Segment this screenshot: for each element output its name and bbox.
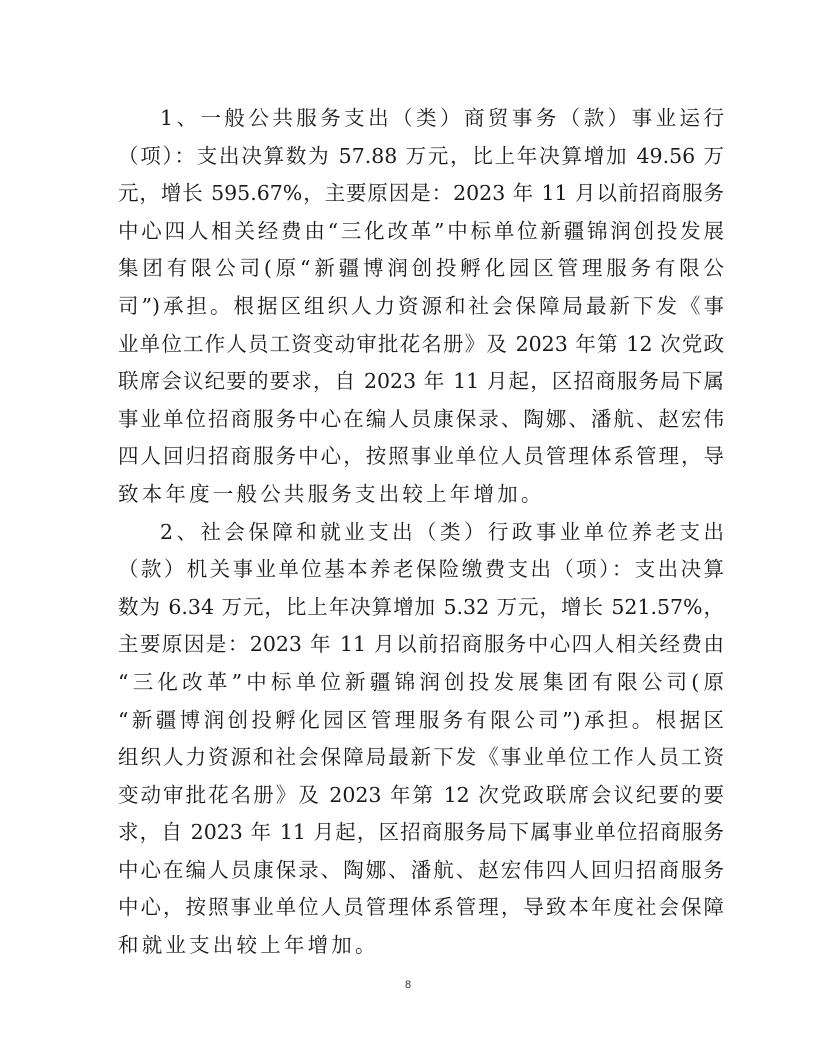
text-line: 2、社会保障和就业支出（类）行政事业单位养老支出 [118,514,724,552]
text-line: 组织人力资源和社会保障局最新下发《事业单位工作人员工资 [118,739,724,777]
document-page: 1、一般公共服务支出（类）商贸事务（款）事业运行 （项）：支出决算数为 57.8… [118,100,724,965]
text-line: 致本年度一般公共服务支出较上年增加。 [118,476,724,514]
text-line: 元，增长 595.67%，主要原因是：2023 年 11 月以前招商服务 [118,175,724,213]
text-line: 主要原因是：2023 年 11 月以前招商服务中心四人相关经费由 [118,626,724,664]
text-line: 业单位工作人员工资变动审批花名册》及 2023 年第 12 次党政 [118,326,724,364]
text-line: 四人回归招商服务中心，按照事业单位人员管理体系管理，导 [118,438,724,476]
text-line: 中心在编人员康保录、陶娜、潘航、赵宏伟四人回归招商服务 [118,852,724,890]
text-line: （款）机关事业单位基本养老保险缴费支出（项）：支出决算 [118,551,724,589]
text-line: “新疆博润创投孵化园区管理服务有限公司”)承担。根据区 [118,702,724,740]
text-line: 求，自 2023 年 11 月起，区招商服务局下属事业单位招商服务 [118,814,724,852]
text-line: （项）：支出决算数为 57.88 万元，比上年决算增加 49.56 万 [118,138,724,176]
text-line: “三化改革”中标单位新疆锦润创投发展集团有限公司(原 [118,664,724,702]
page-number: 8 [0,979,816,991]
text-line: 中心，按照事业单位人员管理体系管理，导致本年度社会保障 [118,889,724,927]
text-line: 数为 6.34 万元，比上年决算增加 5.32 万元，增长 521.57%， [118,589,724,627]
text-line: 1、一般公共服务支出（类）商贸事务（款）事业运行 [118,100,724,138]
text-line: 中心四人相关经费由“三化改革”中标单位新疆锦润创投发展 [118,213,724,251]
text-line: 变动审批花名册》及 2023 年第 12 次党政联席会议纪要的要 [118,777,724,815]
text-line: 和就业支出较上年增加。 [118,927,724,965]
text-line: 联席会议纪要的要求，自 2023 年 11 月起，区招商服务局下属 [118,363,724,401]
text-line: 事业单位招商服务中心在编人员康保录、陶娜、潘航、赵宏伟 [118,401,724,439]
text-line: 集团有限公司(原“新疆博润创投孵化园区管理服务有限公 [118,250,724,288]
text-line: 司”)承担。根据区组织人力资源和社会保障局最新下发《事 [118,288,724,326]
paragraph-social-security-employment: 2、社会保障和就业支出（类）行政事业单位养老支出 （款）机关事业单位基本养老保险… [118,514,724,965]
paragraph-general-public-services: 1、一般公共服务支出（类）商贸事务（款）事业运行 （项）：支出决算数为 57.8… [118,100,724,514]
